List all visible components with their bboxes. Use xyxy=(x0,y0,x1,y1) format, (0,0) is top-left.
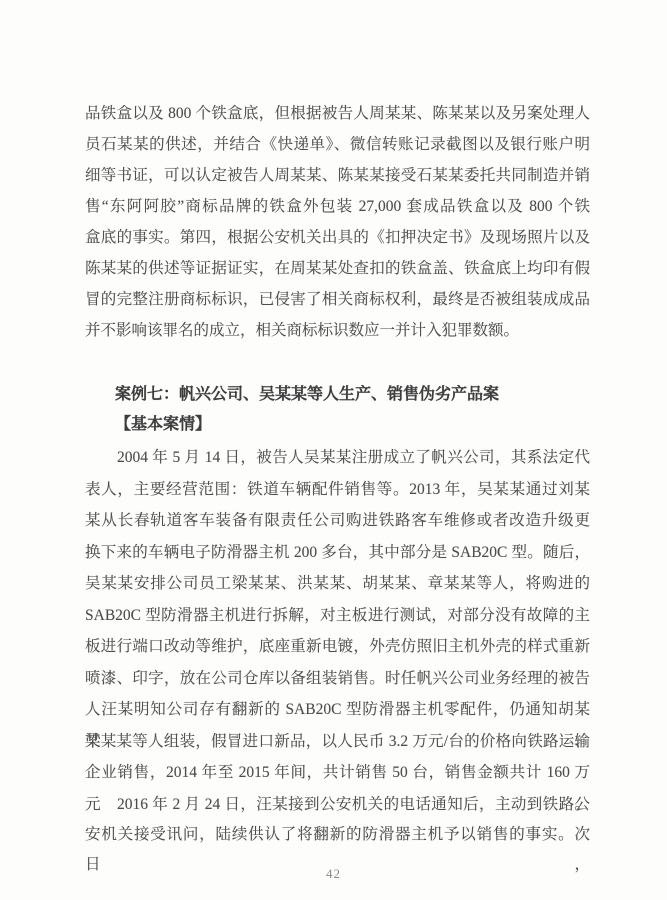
section-heading-basic-facts: 【基本案情】 xyxy=(85,410,590,440)
paragraph-line: 喷漆、印字，放在公司仓库以备组装销售。时任帆兴公司业务经理的被告 xyxy=(85,663,590,695)
paragraph-line: 2016 年 2 月 24 日，汪某接到公安机关的电话通知后，主动到铁路公 xyxy=(85,790,590,820)
paragraph-line: 板进行端口改动等维护，底座重新电镀，外壳仿照旧主机外壳的样式重新 xyxy=(85,631,590,663)
paragraph-line: 人汪某明知公司存有翻新的 SAB20C 型防滑器主机零配件，仍通知胡某某、 xyxy=(85,694,590,726)
paragraph-facts-2: 2016 年 2 月 24 日，汪某接到公安机关的电话通知后，主动到铁路公 安机… xyxy=(85,790,590,850)
paragraph-line: 细等书证，可以认定被告人周某某、陈某某接受石某某委托共同制造并销 xyxy=(85,160,590,191)
paragraph-line: 员石某某的供述，并结合《快递单》、微信转账记录截图以及银行账户明 xyxy=(85,129,590,160)
paragraph-line: 吴某某安排公司员工梁某某、洪某某、胡某某、章某某等人，将购进的 xyxy=(85,568,590,600)
paragraph-line: 并不影响该罪名的成立，相关商标标识数应一并计入犯罪数额。 xyxy=(85,315,590,346)
paragraph-line: 陈某某的供述等证据证实，在周某某处查扣的铁盒盖、铁盒底上均印有假 xyxy=(85,253,590,284)
document-page: 品铁盒以及 800 个铁盒底，但根据被告人周某某、陈某某以及另案处理人 员石某某… xyxy=(0,0,667,900)
paragraph-line: 安机关接受讯问，陆续供认了将翻新的防滑器主机予以销售的事实。次日， xyxy=(85,820,590,850)
paragraph-line: 售“东阿阿胶”商标品牌的铁盒外包装 27,000 套成品铁盒以及 800 个铁 xyxy=(85,191,590,222)
paragraph-line: SAB20C 型防滑器主机进行拆解，对主板进行测试，对部分没有故障的主 xyxy=(85,600,590,632)
paragraph-line: 表人，主要经营范围：铁道车辆配件销售等。2013 年，吴某某通过刘某 xyxy=(85,474,590,506)
paragraph-continuation: 品铁盒以及 800 个铁盒底，但根据被告人周某某、陈某某以及另案处理人 员石某某… xyxy=(85,98,590,346)
paragraph-facts-1: 2004 年 5 月 14 日，被告人吴某某注册成立了帆兴公司，其系法定代 表人… xyxy=(85,442,590,789)
paragraph-line: 2004 年 5 月 14 日，被告人吴某某注册成立了帆兴公司，其系法定代 xyxy=(85,442,590,474)
paragraph-line: 盒底的事实。第四，根据公安机关出具的《扣押决定书》及现场照片以及 xyxy=(85,222,590,253)
paragraph-line: 企业销售，2014 年至 2015 年间，共计销售 50 台，销售金额共计 16… xyxy=(85,757,590,789)
case-title-heading: 案例七：帆兴公司、吴某某等人生产、销售伪劣产品案 xyxy=(85,380,590,410)
page-number: 42 xyxy=(0,866,667,882)
paragraph-line: 冒的完整注册商标标识，已侵害了相关商标权利，最终是否被组装成成品 xyxy=(85,284,590,315)
paragraph-line: 品铁盒以及 800 个铁盒底，但根据被告人周某某、陈某某以及另案处理人 xyxy=(85,98,590,129)
paragraph-line: 梁某某等人组装，假冒进口新品，以人民币 3.2 万元/台的价格向铁路运输 xyxy=(85,726,590,758)
paragraph-line: 某从长春轨道客车装备有限责任公司购进铁路客车维修或者改造升级更 xyxy=(85,505,590,537)
paragraph-line: 换下来的车辆电子防滑器主机 200 多台，其中部分是 SAB20C 型。随后， xyxy=(85,537,590,569)
